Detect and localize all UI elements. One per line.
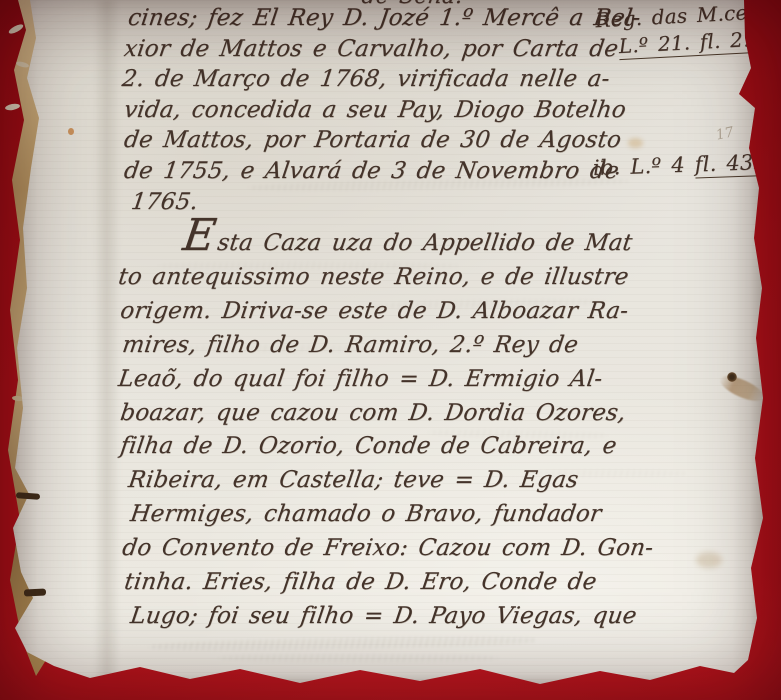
margin-note-prefix: ib. L.º 4 [593, 152, 695, 180]
paragraph-royal-grant: cines; fez El Rey D. Jozé 1.º Mercê a Be… [120, 3, 638, 217]
manuscript-line: boazar, que cazou com D. Dordia Ozores, [118, 397, 655, 431]
manuscript-line: 2. de Março de 1768, virificada nelle a- [120, 64, 643, 95]
manuscript-line: de Mattos, por Portaria de 30 de Agosto [122, 125, 643, 156]
manuscript-line: Ribeira, em Castella; teve = D. Egas [126, 464, 655, 498]
manuscript-line: Esta Caza uza do Appellido de Mat [180, 219, 657, 261]
paragraph-family-origin: Esta Caza uza do Appellido de Mat to ant… [116, 219, 651, 634]
foxing-spot [628, 138, 643, 148]
ink-stain-smear [717, 371, 768, 406]
verso-show-through [218, 654, 498, 662]
verso-show-through [148, 635, 538, 653]
manuscript-line: filha de D. Ozorio, Conde de Cabreira, e [118, 430, 655, 464]
ink-stain-dot [727, 372, 737, 382]
manuscript-line: do Convento de Freixo: Cazou com D. Gon- [120, 532, 655, 566]
manuscript-line: xior de Mattos e Carvalho, por Carta de [122, 34, 643, 65]
manuscript-line: Hermiges, chamado o Bravo, fundador [128, 498, 655, 532]
manuscript-line: Leaõ, do qual foi filho = D. Ermigio Al- [116, 363, 655, 397]
faint-pencil-mark: 17 [715, 124, 736, 143]
manuscript-line: origem. Diriva-se este de D. Alboazar Ra… [118, 295, 655, 329]
manuscript-line: mires, filho de D. Ramiro, 2.º Rey de [120, 329, 655, 363]
manuscript-page: de Sena. cines; fez El Rey D. Jozé 1.º M… [8, 0, 766, 691]
photo-of-manuscript: de Sena. cines; fez El Rey D. Jozé 1.º M… [0, 0, 781, 700]
foxing-spot [68, 128, 74, 135]
margin-note-registry: Reg. das M.ces L.º 21. fl. 2. [595, 0, 760, 61]
margin-note-line: L.º 21. fl. 2. [618, 27, 760, 60]
margin-note-folio-reference: ib. L.º 4 fl. 433 [593, 150, 768, 180]
stitch-hole [24, 588, 46, 596]
manuscript-line: to antequissimo neste Reino, e de illust… [116, 261, 655, 295]
manuscript-line: de 1755, e Alvará de 3 de Novembro de [122, 156, 643, 187]
foxing-spot [696, 552, 722, 568]
manuscript-line: cines; fez El Rey D. Jozé 1.º Mercê a Be… [126, 3, 643, 34]
paper-fiber [5, 103, 21, 112]
margin-note-folio-number: fl. 433 [694, 150, 767, 179]
manuscript-line: vida, concedida a seu Pay, Diogo Botelho [122, 95, 643, 126]
paper-fiber [8, 23, 25, 36]
manuscript-line: Lugo; foi seu filho = D. Payo Viegas, qu… [128, 600, 655, 634]
manuscript-line: tinha. Eries, filha de D. Ero, Conde de [122, 566, 655, 600]
